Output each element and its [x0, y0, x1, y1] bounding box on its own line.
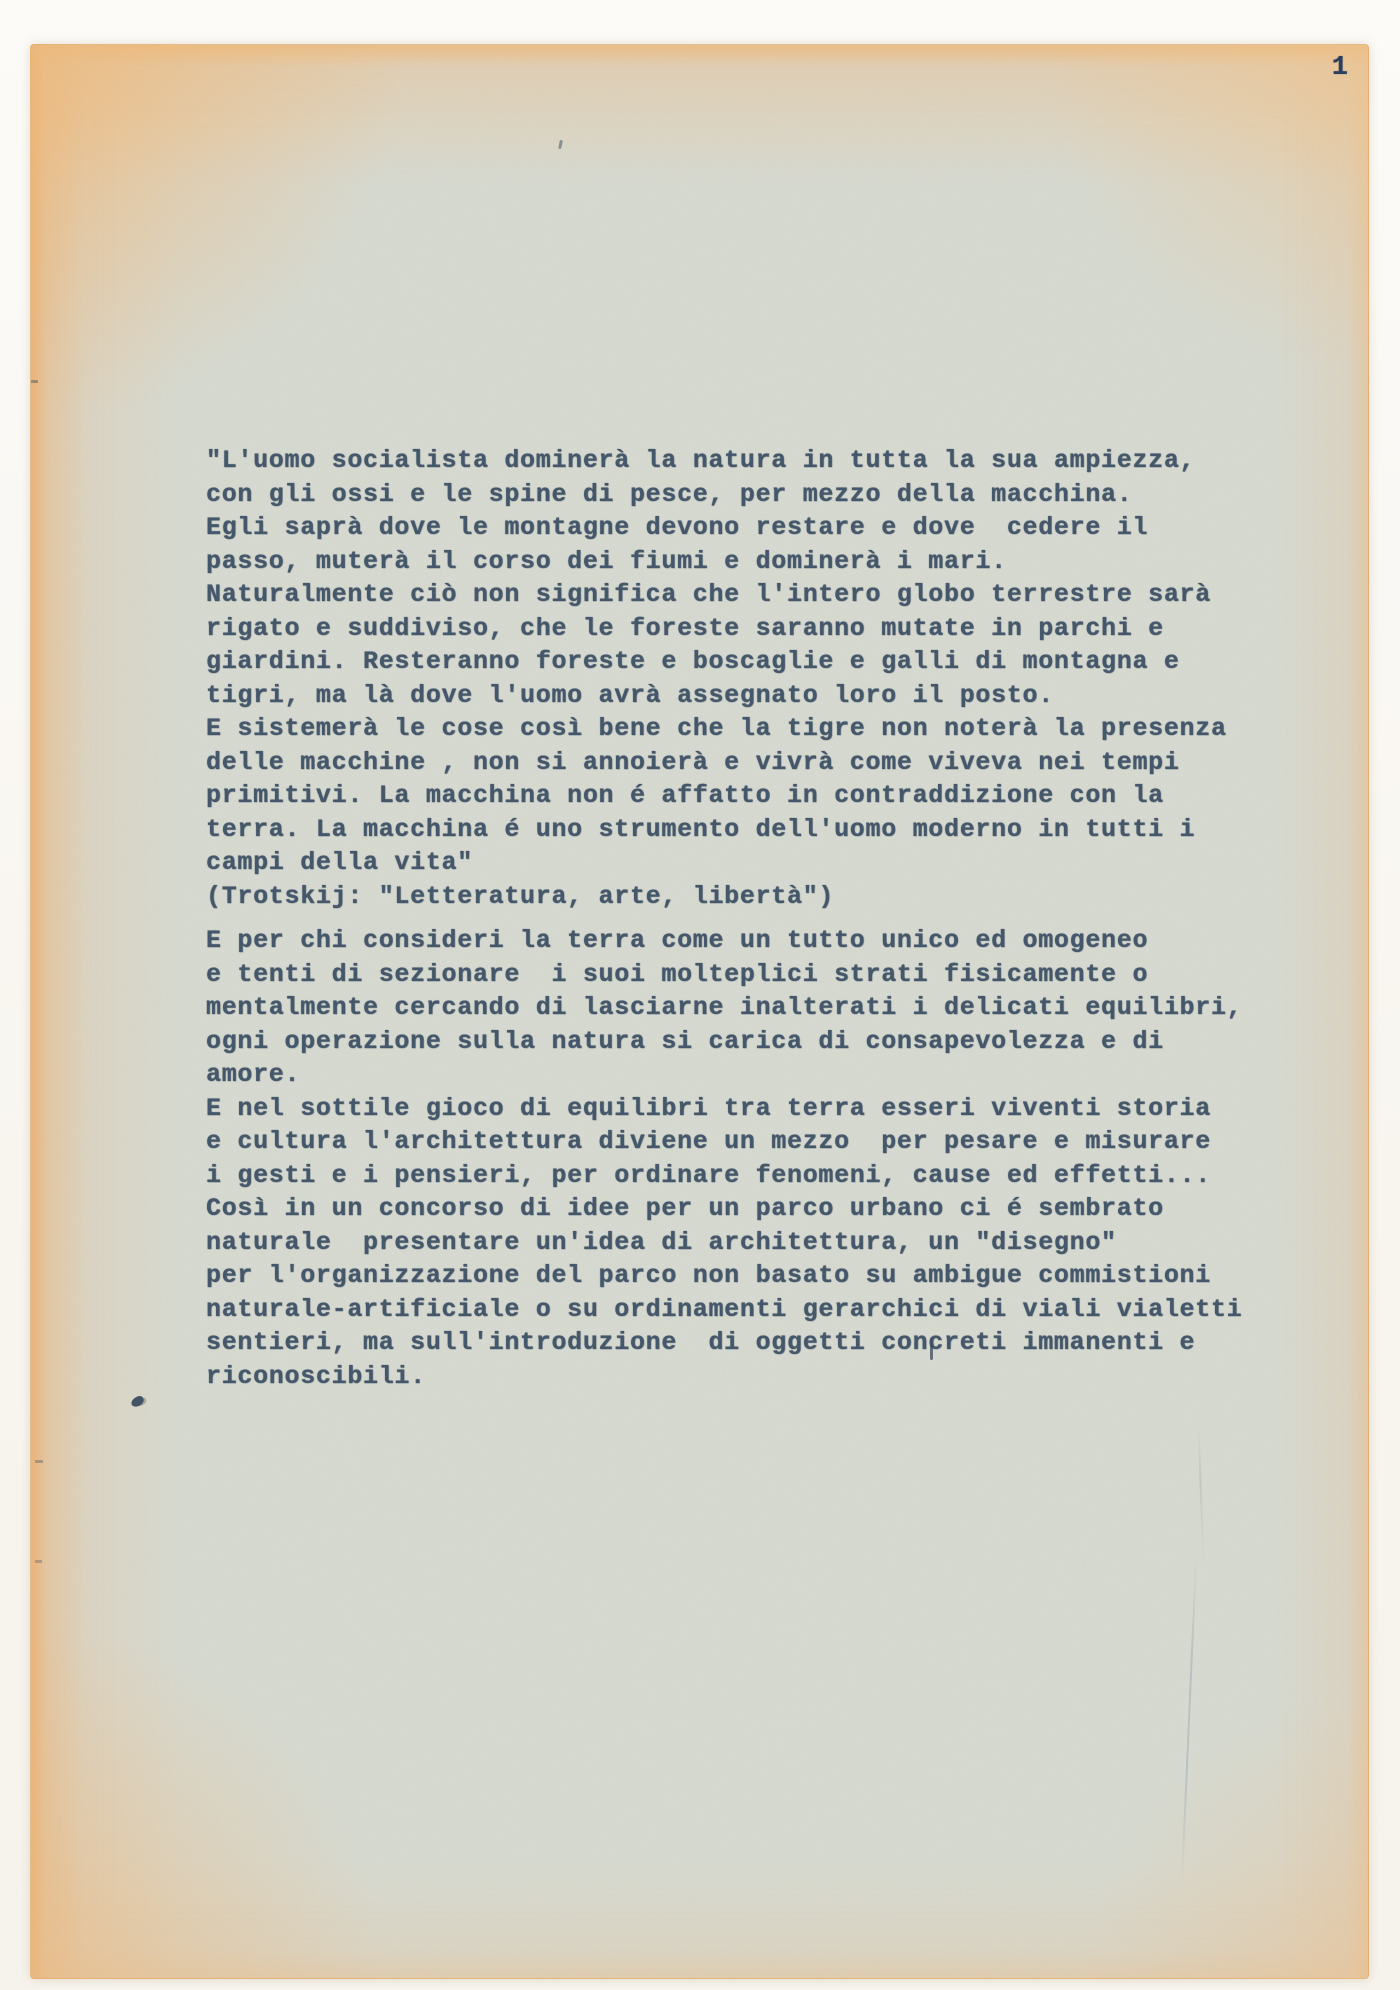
text-line: Naturalmente ciò non significa che l'int…	[206, 578, 1286, 612]
edge-mark	[31, 380, 38, 383]
text-line: con gli ossi e le spine di pesce, per me…	[206, 478, 1286, 512]
text-line: tigri, ma là dove l'uomo avrà assegnato …	[206, 679, 1286, 713]
text-line: i gesti e i pensieri, per ordinare fenom…	[206, 1159, 1286, 1193]
text-line: sentieri, ma sull'introduzione di oggett…	[206, 1326, 1286, 1360]
text-line: E nel sottile gioco di equilibri tra ter…	[206, 1092, 1286, 1126]
citation-line: (Trotskij: "Letteratura, arte, libertà")	[206, 880, 1286, 914]
document-page: 1 "L'uomo socialista dominerà la natura …	[30, 44, 1369, 1979]
typewritten-text-block: "L'uomo socialista dominerà la natura in…	[206, 444, 1286, 1393]
text-line: Così in un concorso di idee per un parco…	[206, 1192, 1286, 1226]
text-line: per l'organizzazione del parco non basat…	[206, 1259, 1286, 1293]
text-line: passo, muterà il corso dei fiumi e domin…	[206, 545, 1286, 579]
text-line: mentalmente cercando di lasciarne inalte…	[206, 991, 1286, 1025]
main-paragraph: E per chi consideri la terra come un tut…	[206, 924, 1286, 1393]
text-line: riconoscibili.	[206, 1360, 1286, 1394]
edge-mark	[35, 1460, 43, 1463]
text-line: rigato e suddiviso, che le foreste saran…	[206, 612, 1286, 646]
text-line: e cultura l'architettura diviene un mezz…	[206, 1125, 1286, 1159]
text-line: naturale presentare un'idea di architett…	[206, 1226, 1286, 1260]
paper-crease	[1198, 1425, 1205, 1565]
trotsky-quote-paragraph: "L'uomo socialista dominerà la natura in…	[206, 444, 1286, 880]
text-line: campi della vita"	[206, 846, 1286, 880]
edge-mark	[35, 1560, 42, 1563]
text-line: naturale-artificiale o su ordinamenti ge…	[206, 1293, 1286, 1327]
scanner-background: 1 "L'uomo socialista dominerà la natura …	[0, 0, 1400, 1990]
text-line: E sistemerà le cose così bene che la tig…	[206, 712, 1286, 746]
ink-blot-mark	[130, 1395, 146, 1409]
page-number: 1	[1332, 53, 1348, 83]
text-line: terra. La macchina é uno strumento dell'…	[206, 813, 1286, 847]
text-line: ogni operazione sulla natura si carica d…	[206, 1025, 1286, 1059]
paper-crease	[1181, 1555, 1197, 1885]
text-line: Egli saprà dove le montagne devono resta…	[206, 511, 1286, 545]
text-line: amore.	[206, 1058, 1286, 1092]
text-line: giardini. Resteranno foreste e boscaglie…	[206, 645, 1286, 679]
text-line: E per chi consideri la terra come un tut…	[206, 924, 1286, 958]
text-line: primitivi. La macchina non é affatto in …	[206, 779, 1286, 813]
text-line: delle macchine , non si annoierà e vivrà…	[206, 746, 1286, 780]
ink-speck	[558, 140, 563, 149]
text-line: "L'uomo socialista dominerà la natura in…	[206, 444, 1286, 478]
text-line: e tenti di sezionare i suoi molteplici s…	[206, 958, 1286, 992]
